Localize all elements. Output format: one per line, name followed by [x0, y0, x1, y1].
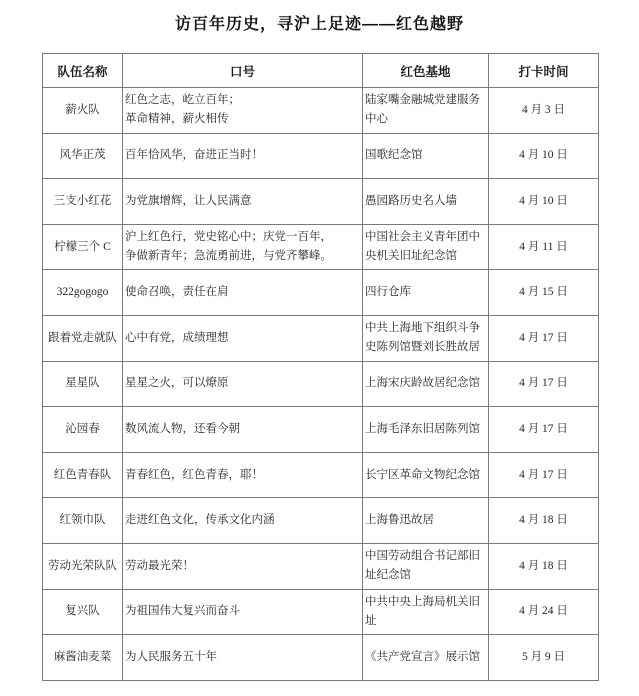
- header-red-base: 红色基地: [363, 54, 489, 88]
- slogan-cell: 为人民服务五十年: [123, 635, 363, 681]
- table-row: 风华正茂 百年恰风华，奋进正当时！ 国歌纪念馆 4 月 10 日: [43, 133, 599, 179]
- table-row: 三支小红花 为党旗增辉，让人民满意 愚园路历史名人墙 4 月 10 日: [43, 179, 599, 225]
- checkin-date-cell: 4 月 15 日: [489, 270, 599, 316]
- table-row: 星星队 星星之火，可以燎原 上海宋庆龄故居纪念馆 4 月 17 日: [43, 361, 599, 407]
- red-base-cell: 中国劳动组合书记部旧 址纪念馆: [363, 543, 489, 589]
- table-row: 劳动光荣队队 劳动最光荣！ 中国劳动组合书记部旧 址纪念馆 4 月 18 日: [43, 543, 599, 589]
- checkin-date-cell: 4 月 10 日: [489, 133, 599, 179]
- header-slogan: 口号: [123, 54, 363, 88]
- table-row: 沁园春 数风流人物，还看今朝 上海毛泽东旧居陈列馆 4 月 17 日: [43, 407, 599, 453]
- slogan-cell: 心中有党，成绩理想: [123, 315, 363, 361]
- checkin-date-cell: 4 月 17 日: [489, 452, 599, 498]
- table-row: 复兴队 为祖国伟大复兴而奋斗 中共中央上海局机关旧 址 4 月 24 日: [43, 589, 599, 635]
- checkin-date-cell: 4 月 18 日: [489, 543, 599, 589]
- team-name-cell: 322gogogo: [43, 270, 123, 316]
- header-team-name: 队伍名称: [43, 54, 123, 88]
- team-name-cell: 沁园春: [43, 407, 123, 453]
- header-checkin-time: 打卡时间: [489, 54, 599, 88]
- slogan-cell: 红色之志，屹立百年； 革命精神，薪火相传: [123, 88, 363, 134]
- slogan-cell: 青春红色，红色青春，耶！: [123, 452, 363, 498]
- team-name-cell: 红色青春队: [43, 452, 123, 498]
- red-tour-table: 队伍名称 口号 红色基地 打卡时间 薪火队 红色之志，屹立百年； 革命精神，薪火…: [42, 53, 599, 681]
- team-name-cell: 三支小红花: [43, 179, 123, 225]
- checkin-date-cell: 4 月 10 日: [489, 179, 599, 225]
- team-name-cell: 麻酱油麦菜: [43, 635, 123, 681]
- table-row: 322gogogo 使命召唤，责任在肩 四行仓库 4 月 15 日: [43, 270, 599, 316]
- checkin-date-cell: 4 月 24 日: [489, 589, 599, 635]
- red-base-cell: 上海宋庆龄故居纪念馆: [363, 361, 489, 407]
- checkin-date-cell: 4 月 17 日: [489, 315, 599, 361]
- slogan-cell: 使命召唤，责任在肩: [123, 270, 363, 316]
- checkin-date-cell: 4 月 3 日: [489, 88, 599, 134]
- checkin-date-cell: 4 月 18 日: [489, 498, 599, 544]
- team-name-cell: 跟着党走就队: [43, 315, 123, 361]
- slogan-cell: 劳动最光荣！: [123, 543, 363, 589]
- team-name-cell: 劳动光荣队队: [43, 543, 123, 589]
- checkin-date-cell: 4 月 17 日: [489, 407, 599, 453]
- table-row: 跟着党走就队 心中有党，成绩理想 中共上海地下组织斗争 史陈列馆暨刘长胜故居 4…: [43, 315, 599, 361]
- red-base-cell: 四行仓库: [363, 270, 489, 316]
- slogan-cell: 走进红色文化，传承文化内涵: [123, 498, 363, 544]
- red-base-cell: 陆家嘴金融城党建服务 中心: [363, 88, 489, 134]
- red-base-cell: 上海毛泽东旧居陈列馆: [363, 407, 489, 453]
- team-name-cell: 薪火队: [43, 88, 123, 134]
- slogan-cell: 数风流人物，还看今朝: [123, 407, 363, 453]
- slogan-cell: 为党旗增辉，让人民满意: [123, 179, 363, 225]
- team-name-cell: 柠檬三个 C: [43, 224, 123, 270]
- red-base-cell: 中共上海地下组织斗争 史陈列馆暨刘长胜故居: [363, 315, 489, 361]
- team-name-cell: 复兴队: [43, 589, 123, 635]
- slogan-cell: 星星之火，可以燎原: [123, 361, 363, 407]
- red-base-cell: 《共产党宣言》展示馆: [363, 635, 489, 681]
- slogan-cell: 百年恰风华，奋进正当时！: [123, 133, 363, 179]
- slogan-cell: 为祖国伟大复兴而奋斗: [123, 589, 363, 635]
- team-name-cell: 风华正茂: [43, 133, 123, 179]
- red-base-cell: 国歌纪念馆: [363, 133, 489, 179]
- checkin-date-cell: 4 月 17 日: [489, 361, 599, 407]
- page-title: 访百年历史，寻沪上足迹——红色越野: [0, 13, 639, 37]
- slogan-cell: 沪上红色行，党史铭心中；庆党一百年， 争做新青年；急流勇前进，与党齐攀峰。: [123, 224, 363, 270]
- table-row: 红色青春队 青春红色，红色青春，耶！ 长宁区革命文物纪念馆 4 月 17 日: [43, 452, 599, 498]
- team-name-cell: 星星队: [43, 361, 123, 407]
- red-base-cell: 长宁区革命文物纪念馆: [363, 452, 489, 498]
- table-row: 薪火队 红色之志，屹立百年； 革命精神，薪火相传 陆家嘴金融城党建服务 中心 4…: [43, 88, 599, 134]
- table-row: 柠檬三个 C 沪上红色行，党史铭心中；庆党一百年， 争做新青年；急流勇前进，与党…: [43, 224, 599, 270]
- table-row: 麻酱油麦菜 为人民服务五十年 《共产党宣言》展示馆 5 月 9 日: [43, 635, 599, 681]
- red-base-cell: 中国社会主义青年团中 央机关旧址纪念馆: [363, 224, 489, 270]
- checkin-date-cell: 5 月 9 日: [489, 635, 599, 681]
- red-base-cell: 上海鲁迅故居: [363, 498, 489, 544]
- team-name-cell: 红领巾队: [43, 498, 123, 544]
- red-base-cell: 愚园路历史名人墙: [363, 179, 489, 225]
- checkin-date-cell: 4 月 11 日: [489, 224, 599, 270]
- red-base-cell: 中共中央上海局机关旧 址: [363, 589, 489, 635]
- table-row: 红领巾队 走进红色文化，传承文化内涵 上海鲁迅故居 4 月 18 日: [43, 498, 599, 544]
- table-header-row: 队伍名称 口号 红色基地 打卡时间: [43, 54, 599, 88]
